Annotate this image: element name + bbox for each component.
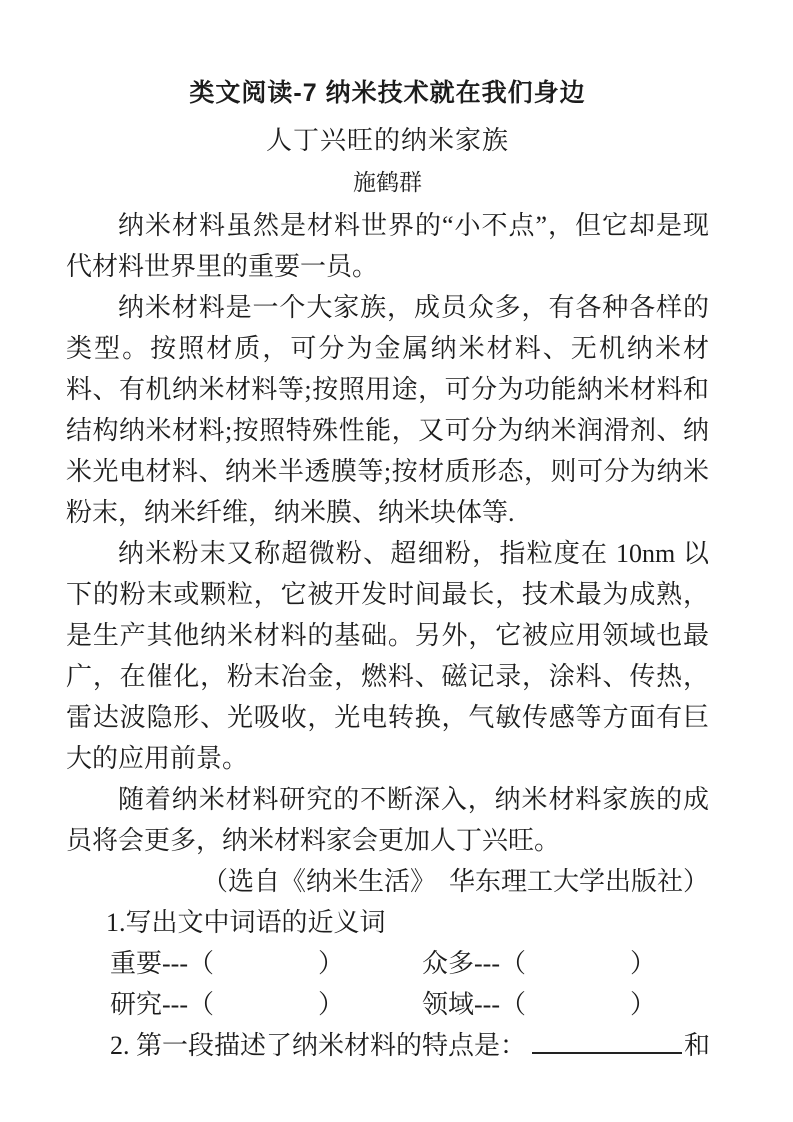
article-title: 人丁兴旺的纳米家族	[66, 125, 709, 155]
answer-blank-underline	[532, 1028, 682, 1054]
paragraph-1: 纳米材料虽然是材料世界的“小不点”，但它却是现代材料世界里的重要一员。	[66, 205, 709, 287]
article-body: 纳米材料虽然是材料世界的“小不点”，但它却是现代材料世界里的重要一员。 纳米材料…	[66, 205, 709, 861]
synonym-blank-yanjiu: 研究---（ ）	[110, 984, 422, 1025]
author-name: 施鹤群	[66, 169, 709, 197]
question-1-row-2: 研究---（ ） 领域---（ ）	[66, 984, 709, 1025]
synonym-blank-zhongduo: 众多---（ ）	[422, 943, 656, 984]
question-2: 2. 第一段描述了纳米材料的特点是：和	[66, 1025, 709, 1066]
question-2-suffix: 和	[684, 1031, 710, 1060]
question-2-text: 2. 第一段描述了纳米材料的特点是：	[110, 1031, 526, 1060]
document-page: 类文阅读-7 纳米技术就在我们身边 人丁兴旺的纳米家族 施鹤群 纳米材料虽然是材…	[0, 0, 793, 1122]
question-1-label: 1.写出文中词语的近义词	[66, 902, 709, 943]
paragraph-3: 纳米粉末又称超微粉、超细粉，指粒度在 10nm 以下的粉末或颗粒，它被开发时间最…	[66, 533, 709, 779]
synonym-blank-lingyu: 领域---（ ）	[422, 984, 656, 1025]
synonym-blank-zhongyao: 重要---（ ）	[110, 943, 422, 984]
paragraph-2: 纳米材料是一个大家族，成员众多，有各种各样的类型。按照材质，可分为金属纳米材料、…	[66, 287, 709, 533]
paragraph-4: 随着纳米材料研究的不断深入，纳米材料家族的成员将会更多，纳米材料家会更加人丁兴旺…	[66, 779, 709, 861]
page-title: 类文阅读-7 纳米技术就在我们身边	[66, 78, 709, 108]
question-1-row-1: 重要---（ ） 众多---（ ）	[66, 943, 709, 984]
source-attribution: （选自《纳米生活》 华东理工大学出版社）	[66, 861, 709, 902]
